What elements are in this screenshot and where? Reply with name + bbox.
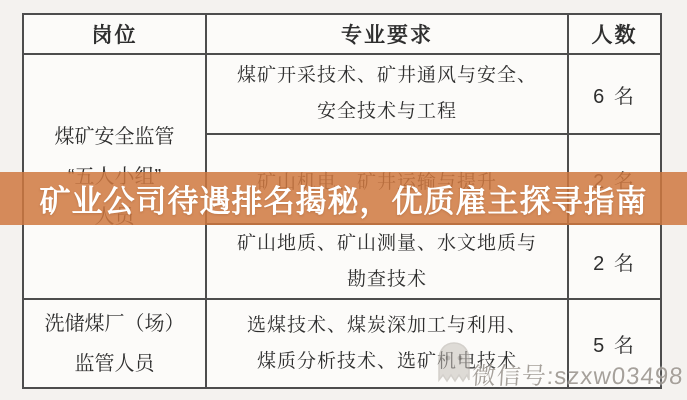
position-line: 洗储煤厂（场）	[24, 304, 205, 344]
requirement-line: 煤矿开采技术、矿井通风与安全、	[207, 58, 567, 94]
requirements-header-cell: 专业要求	[206, 14, 568, 54]
requirement-cell: 矿山地质、矿山测量、水文地质与 勘查技术	[206, 224, 568, 299]
headcount-cell: 2 名	[568, 224, 661, 299]
requirement-line: 勘查技术	[207, 262, 567, 298]
requirement-line: 安全技术与工程	[207, 94, 567, 130]
requirement-cell: 选煤技术、煤炭深加工与利用、 煤质分析技术、选矿机电技术	[206, 299, 568, 388]
headcount-cell: 5 名	[568, 299, 661, 388]
headcount-cell: 6 名	[568, 54, 661, 134]
requirement-line: 煤质分析技术、选矿机电技术	[207, 344, 567, 380]
position-line: 监管人员	[24, 344, 205, 384]
headcount-header-cell: 人数	[568, 14, 661, 54]
overlay-banner: 矿业公司待遇排名揭秘，优质雇主探寻指南	[0, 172, 687, 225]
requirement-cell: 煤矿开采技术、矿井通风与安全、 安全技术与工程	[206, 54, 568, 134]
position-cell-coal-washing-plant: 洗储煤厂（场） 监管人员	[23, 299, 206, 388]
requirement-line: 选煤技术、煤炭深加工与利用、	[207, 308, 567, 344]
table-row: 煤矿安全监管 “五人小组” 人员 煤矿开采技术、矿井通风与安全、 安全技术与工程…	[23, 54, 661, 134]
table-header-row: 岗位 专业要求 人数	[23, 14, 661, 54]
position-line: 煤矿安全监管	[24, 117, 205, 157]
page: 岗位 专业要求 人数 煤矿安全监管 “五人小组” 人员 煤矿开采技术、矿井通风与…	[0, 0, 687, 400]
position-header-cell: 岗位	[23, 14, 206, 54]
table-row: 洗储煤厂（场） 监管人员 选煤技术、煤炭深加工与利用、 煤质分析技术、选矿机电技…	[23, 299, 661, 388]
banner-title: 矿业公司待遇排名揭秘，优质雇主探寻指南	[40, 176, 648, 221]
requirement-line: 矿山地质、矿山测量、水文地质与	[207, 226, 567, 262]
